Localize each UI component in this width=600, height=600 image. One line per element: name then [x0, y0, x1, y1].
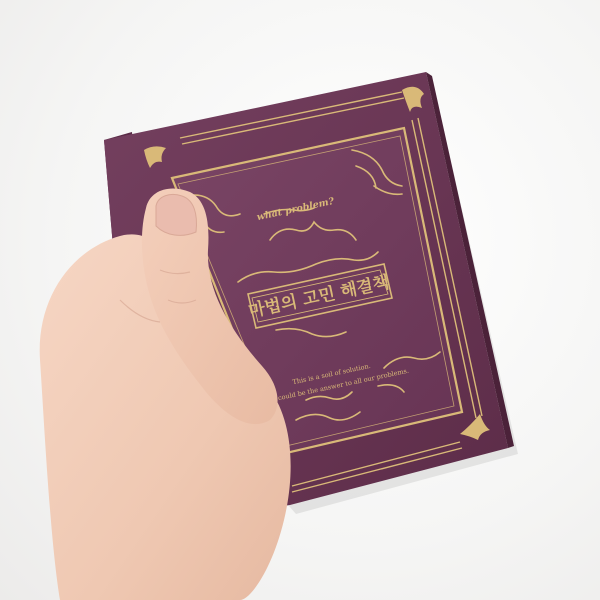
hand — [0, 0, 600, 600]
